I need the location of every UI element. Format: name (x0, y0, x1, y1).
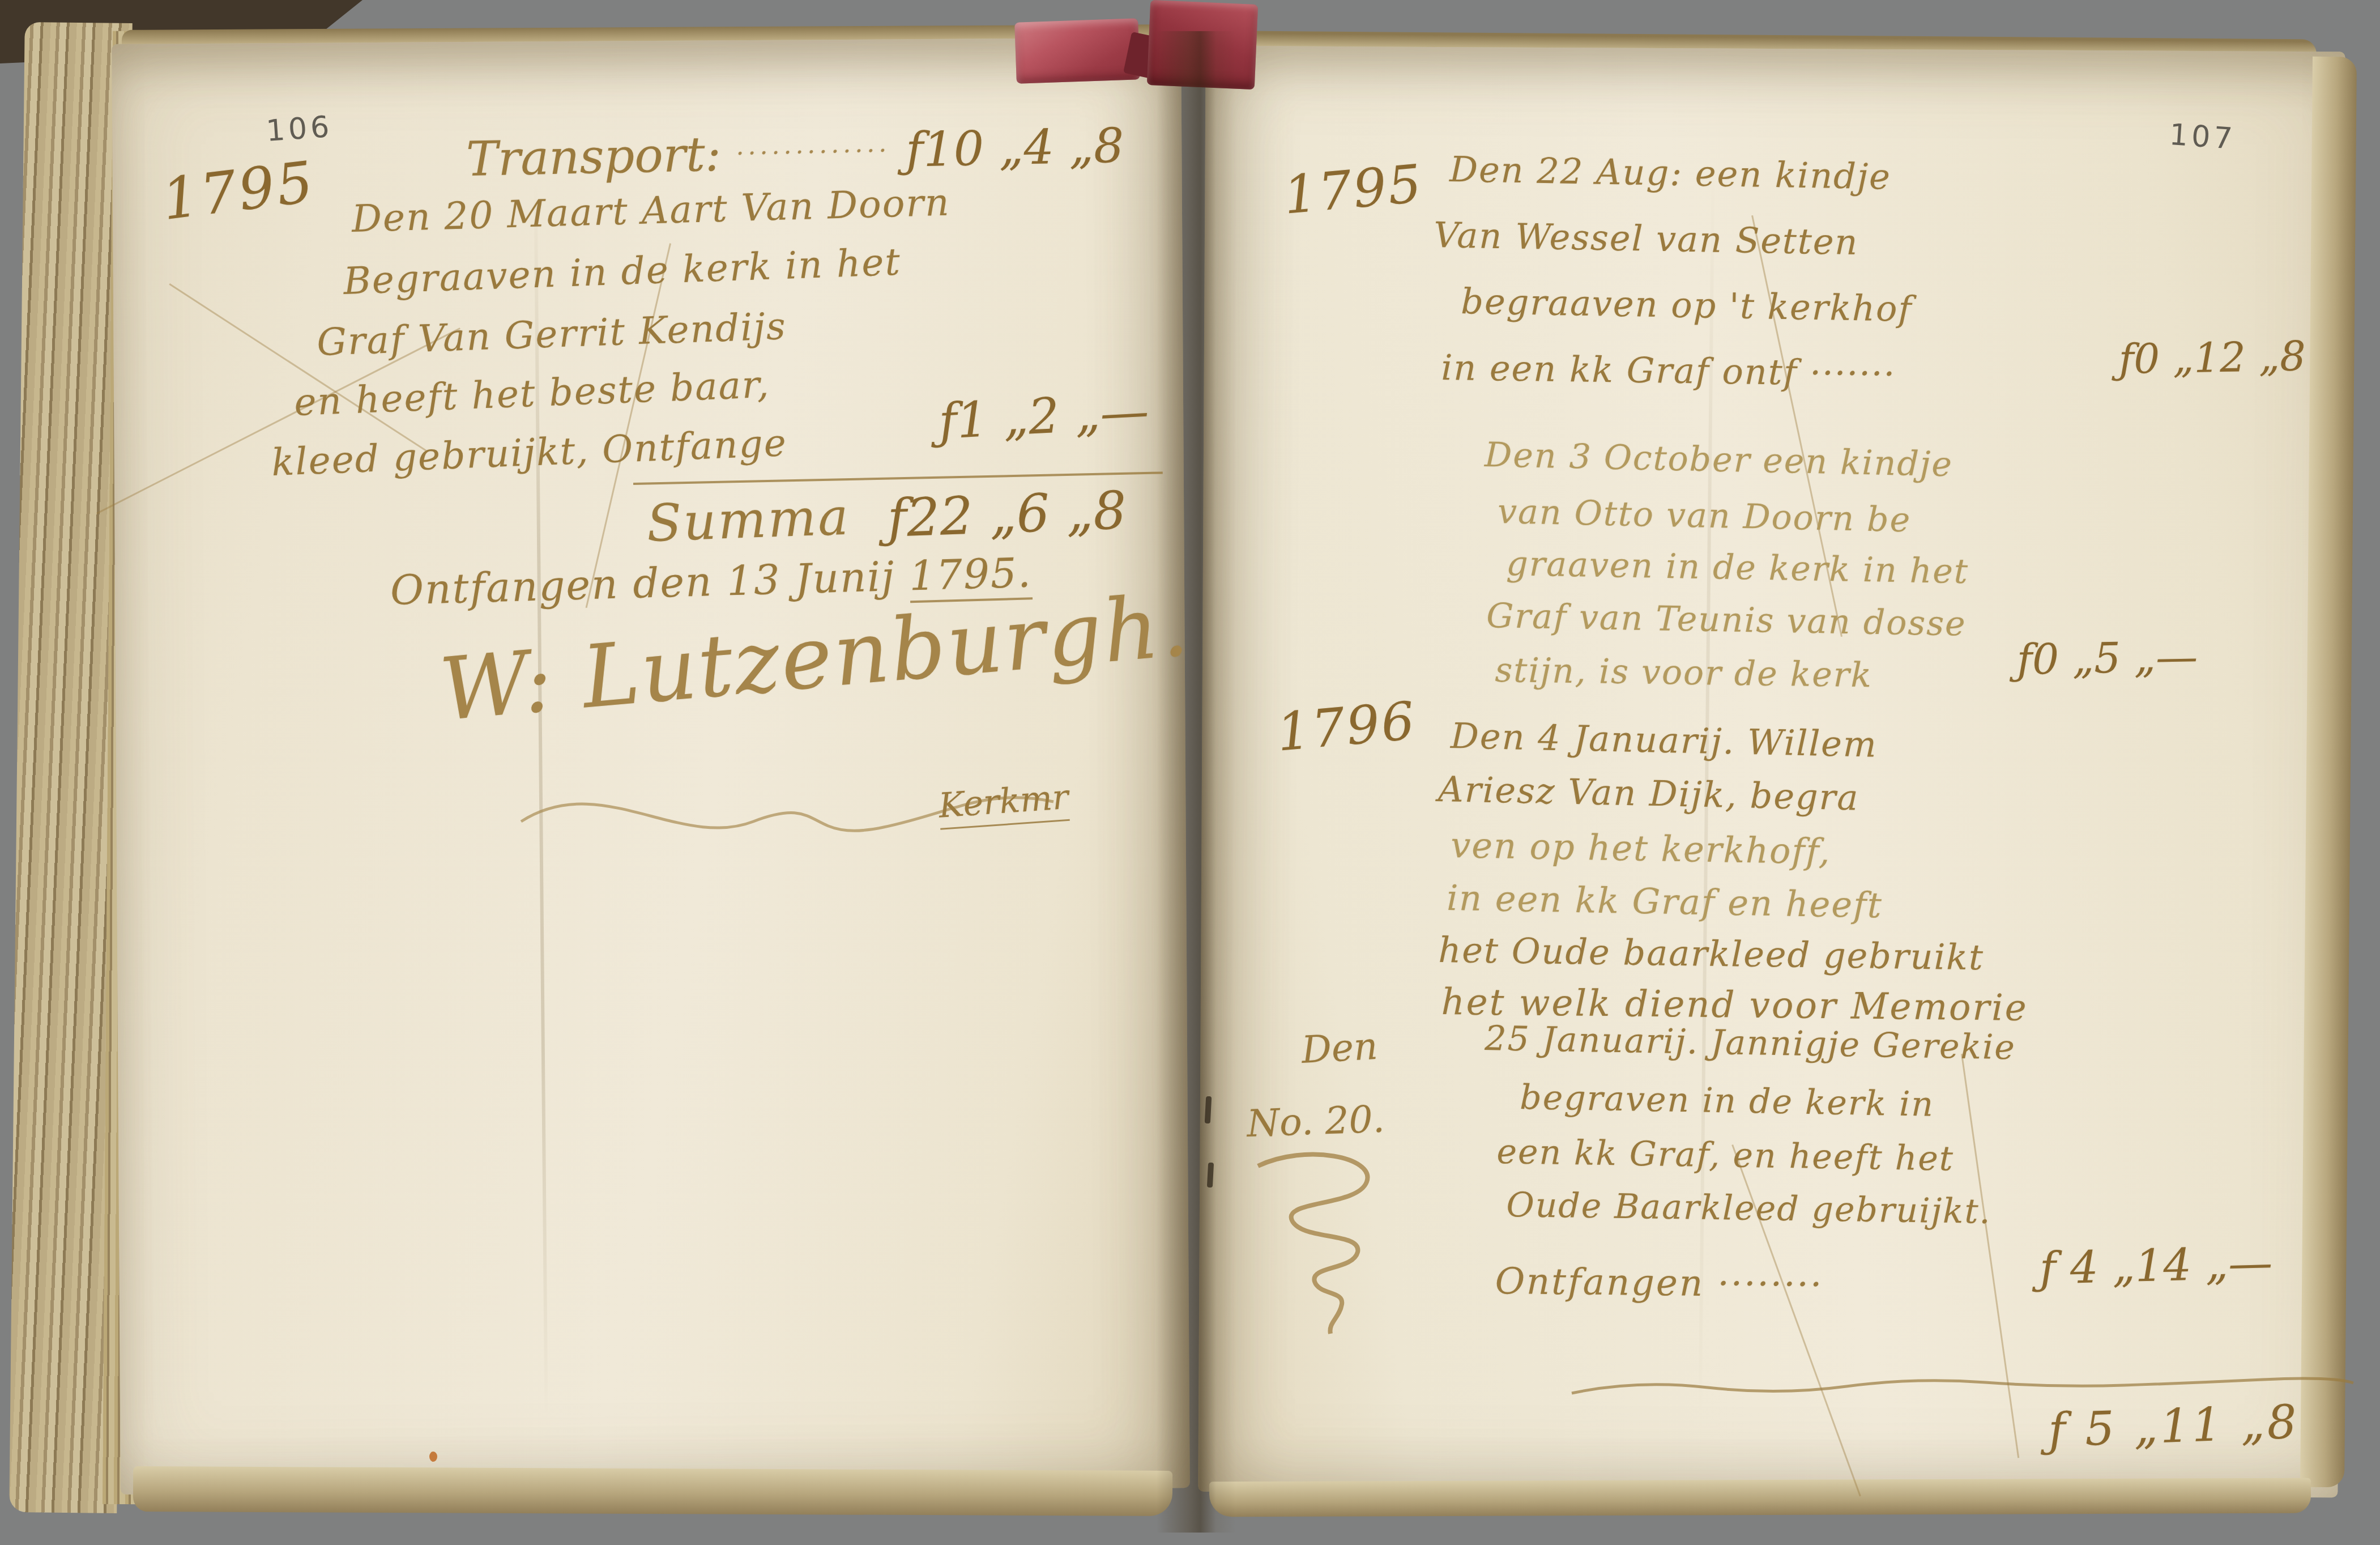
right-margin-year-1795: 1795 (1281, 154, 1426, 226)
margin-number: No. 20. (1246, 1097, 1385, 1146)
left-page-number: 106 (265, 110, 334, 148)
entry-line: stijn, is voor de kerk (1495, 650, 1873, 695)
summa-amount: ƒ22 „6 „8 (886, 480, 1127, 549)
summa-label: Summa (646, 487, 851, 553)
entry-line: Ariesz Van Dijk, begra (1438, 768, 1859, 819)
spine-gutter (1157, 31, 1236, 1533)
entry-line: een kk Graf, en heeft het (1496, 1132, 1955, 1179)
entry-line: in een kk Graf ontf ······· (1441, 347, 1896, 394)
entry-line: Graf van Teunis van dosse (1486, 596, 1967, 644)
right-page-number: 107 (2168, 118, 2237, 156)
total-wavy-rule (1569, 1374, 2356, 1400)
entry-line: graaven in de kerk in het (1506, 544, 1969, 591)
rust-stain (429, 1452, 437, 1462)
entry-line: Ontfangen ········ (1495, 1261, 1823, 1306)
transport-leader-dots: ············· (736, 136, 891, 168)
entry-line: Den 22 Aug: een kindje (1449, 148, 1892, 198)
margin-flourish (1249, 1150, 1385, 1337)
entry-amount: ƒ0 „12 „8 (2118, 332, 2306, 383)
entry-line: ven op het kerkhoff, (1451, 824, 1832, 872)
bookmark-ribbon-left-piece (1014, 18, 1140, 84)
right-page-bottom-edge (1209, 1478, 2311, 1517)
entry-line: in een kk Graf en heeft (1447, 877, 1883, 926)
entry-amount: ƒ1 „2 „— (937, 383, 1150, 450)
entry-line: begraven in de kerk in (1520, 1078, 1935, 1125)
left-page-bottom-edge (133, 1466, 1172, 1516)
entry-line: begraaven op 't kerkhof (1461, 280, 1913, 330)
entry-amount: ƒ 4 „14 „— (2039, 1237, 2273, 1295)
margin-den: Den (1300, 1024, 1379, 1072)
transport-label: Transport: (466, 126, 722, 187)
total-amount: ƒ 5 „11 „8 (2048, 1395, 2300, 1458)
entry-amount: ƒ0 „5 „— (2016, 632, 2198, 684)
entry-line: Van Wessel van Setten (1434, 214, 1859, 263)
entry-line: Oude Baarkleed gebruijkt. (1506, 1185, 1991, 1232)
right-margin-year-1796: 1796 (1274, 691, 1419, 763)
transport-amount: ƒ10 „4 „8 (905, 118, 1124, 178)
signature-title: Kerkmr (937, 777, 1070, 830)
entry-line: het Oude baarkleed gebruikt (1438, 929, 1984, 978)
manuscript-scan: 106 1795 Transport: ············· ƒ10 „4… (0, 0, 2380, 1545)
